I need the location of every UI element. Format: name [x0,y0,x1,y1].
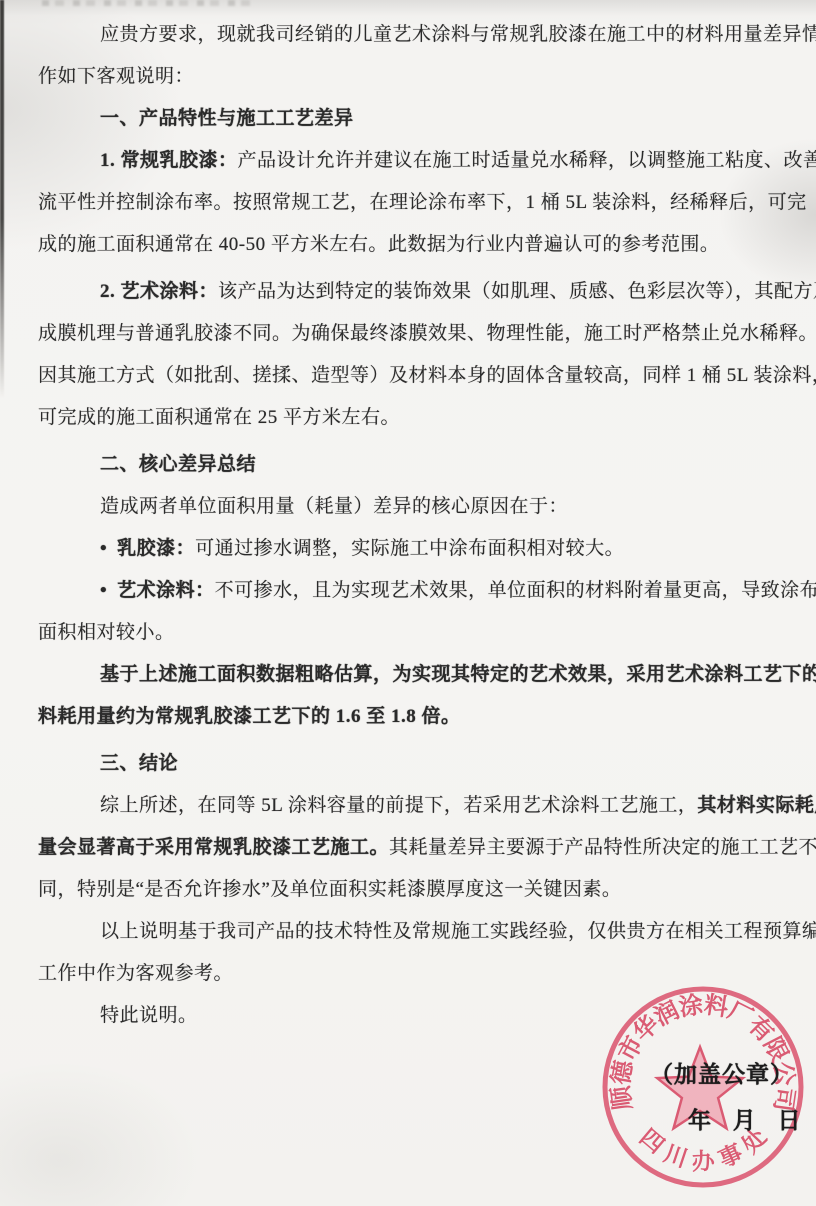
text-segment: 造成两者单位面积用量（耗量）差异的核心原因在于： [100,496,568,517]
text-segment: 面积相对较小。 [38,622,175,643]
text-segment: 基于上述施工面积数据粗略估算，为实现其特定的艺术效果，采用艺术涂料工艺下的材 [100,664,816,685]
text-segment: 三、结论 [100,753,178,774]
text-segment: 艺术涂料： [117,580,215,601]
text-segment: 其耗量差异主要源于产品特性所决定的施工工艺不 [389,837,816,858]
text-line: 可完成的施工面积通常在 25 平方米左右。 [38,397,790,439]
text-line: 造成两者单位面积用量（耗量）差异的核心原因在于： [38,486,790,528]
text-segment: 可通过掺水调整，实际施工中涂布面积相对较大。 [195,538,624,559]
text-segment: 以上说明基于我司产品的技术特性及常规施工实践经验，仅供贵方在相关工程预算编制 [100,921,816,942]
text-segment: 1. 常规乳胶漆： [100,150,238,171]
text-segment: 成膜机理与普通乳胶漆不同。为确保最终漆膜效果、物理性能，施工时严格禁止兑水稀释。 [38,323,816,344]
text-segment: 乳胶漆： [117,538,195,559]
text-segment: 作如下客观说明： [38,66,194,87]
text-line: 以上说明基于我司产品的技术特性及常规施工实践经验，仅供贵方在相关工程预算编制 [38,911,790,953]
text-line: 料耗用量约为常规乳胶漆工艺下的 1.6 至 1.8 倍。 [38,696,790,738]
text-segment: 其材料实际耗用 [697,795,816,816]
text-line: 同，特别是“是否允许掺水”及单位面积实耗漆膜厚度这一关键因素。 [38,869,790,911]
text-line: 2. 艺术涂料：该产品为达到特定的装饰效果（如肌理、质感、色彩层次等），其配方及 [38,271,790,313]
text-line: 应贵方要求，现就我司经销的儿童艺术涂料与常规乳胶漆在施工中的材料用量差异情况， [38,14,790,56]
text-line: 综上所述，在同等 5L 涂料容量的前提下，若采用艺术涂料工艺施工，其材料实际耗用 [38,785,790,827]
text-line: 一、产品特性与施工工艺差异 [38,98,790,140]
text-segment: 工作中作为客观参考。 [38,963,233,984]
text-line: • 艺术涂料：不可掺水，且为实现艺术效果，单位面积的材料附着量更高，导致涂布 [38,570,790,612]
text-segment: 产品设计允许并建议在施工时适量兑水稀释，以调整施工粘度、改善 [238,150,816,171]
stamp-caption: （加盖公章） [650,1056,794,1089]
text-segment: • [100,580,117,601]
text-segment: 流平性并控制涂布率。按照常规工艺，在理论涂布率下，1 桶 5L 装涂料，经稀释后… [38,192,807,213]
date-line: 年 月 日 [688,1102,802,1135]
text-segment: 料耗用量约为常规乳胶漆工艺下的 1.6 至 1.8 倍。 [38,706,461,727]
text-segment: 一、产品特性与施工工艺差异 [100,108,354,129]
text-segment: 应贵方要求，现就我司经销的儿童艺术涂料与常规乳胶漆在施工中的材料用量差异情况， [100,24,816,45]
text-line: 流平性并控制涂布率。按照常规工艺，在理论涂布率下，1 桶 5L 装涂料，经稀释后… [38,182,790,224]
text-segment: 2. 艺术涂料： [100,281,218,302]
text-segment: 因其施工方式（如批刮、搓揉、造型等）及材料本身的固体含量较高，同样 1 桶 5L… [38,365,816,386]
text-line: 二、核心差异总结 [38,444,790,486]
text-line: 三、结论 [38,743,790,785]
text-line: 量会显著高于采用常规乳胶漆工艺施工。其耗量差异主要源于产品特性所决定的施工工艺不 [38,827,790,869]
text-line: 成膜机理与普通乳胶漆不同。为确保最终漆膜效果、物理性能，施工时严格禁止兑水稀释。 [38,313,790,355]
text-line: 因其施工方式（如批刮、搓揉、造型等）及材料本身的固体含量较高，同样 1 桶 5L… [38,355,790,397]
text-line: 基于上述施工面积数据粗略估算，为实现其特定的艺术效果，采用艺术涂料工艺下的材 [38,654,790,696]
text-line: 成的施工面积通常在 40-50 平方米左右。此数据为行业内普遍认可的参考范围。 [38,224,790,266]
text-line: • 乳胶漆：可通过掺水调整，实际施工中涂布面积相对较大。 [38,528,790,570]
text-segment: 可完成的施工面积通常在 25 平方米左右。 [38,407,400,428]
text-segment: 同，特别是“是否允许掺水”及单位面积实耗漆膜厚度这一关键因素。 [38,879,621,900]
text-line: 1. 常规乳胶漆：产品设计允许并建议在施工时适量兑水稀释，以调整施工粘度、改善 [38,140,790,182]
text-segment: 不可掺水，且为实现艺术效果，单位面积的材料附着量更高，导致涂布 [215,580,816,601]
text-segment: 成的施工面积通常在 40-50 平方米左右。此数据为行业内普遍认可的参考范围。 [38,234,719,255]
text-segment: 该产品为达到特定的装饰效果（如肌理、质感、色彩层次等），其配方及 [218,281,816,302]
text-segment: • [100,538,117,559]
text-line: 面积相对较小。 [38,612,790,654]
text-segment: 二、核心差异总结 [100,454,256,475]
scanned-document: { "page": { "background": "#f4f3f1", "te… [0,0,816,1206]
text-segment: 综上所述，在同等 5L 涂料容量的前提下，若采用艺术涂料工艺施工， [100,795,697,816]
text-segment: 量会显著高于采用常规乳胶漆工艺施工。 [38,837,389,858]
text-segment: 特此说明。 [100,1005,198,1026]
text-line: 作如下客观说明： [38,56,790,98]
